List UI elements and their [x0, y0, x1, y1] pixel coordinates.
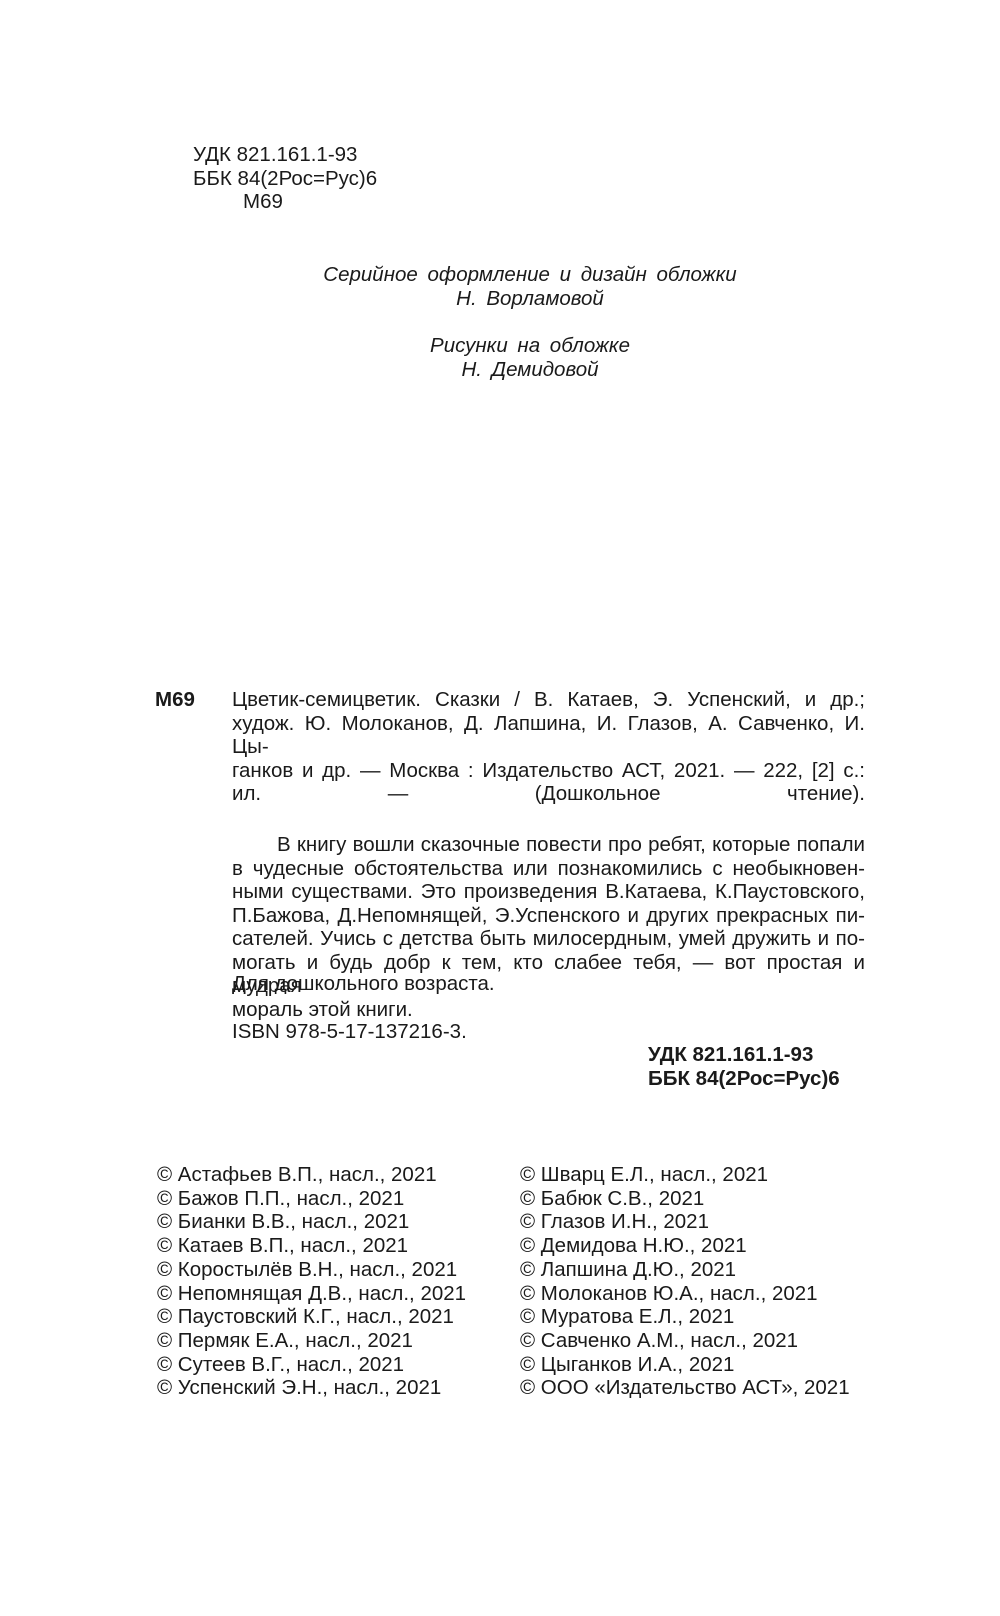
- copyrights-right-column: © Шварц Е.Л., насл., 2021 © Бабюк С.В., …: [520, 1163, 850, 1400]
- design-credit: Серийное оформление и дизайн обложки Н. …: [300, 263, 760, 310]
- illustration-credit: Рисунки на обложке Н. Демидовой: [300, 334, 760, 381]
- copyright-line: © Глазов И.Н., 2021: [520, 1210, 850, 1234]
- annotation-line: В книгу вошли сказочные повести про ребя…: [232, 833, 865, 857]
- copyright-line: © Бианки В.В., насл., 2021: [157, 1210, 466, 1234]
- copyright-line: © Астафьев В.П., насл., 2021: [157, 1163, 466, 1187]
- copyright-line: © Муратова Е.Л., 2021: [520, 1305, 850, 1329]
- classification-codes-top: УДК 821.161.1-93 ББК 84(2Рос=Рус)6 М69: [193, 143, 377, 214]
- copyrights-left-column: © Астафьев В.П., насл., 2021 © Бажов П.П…: [157, 1163, 466, 1400]
- credit-role: Рисунки на обложке: [300, 334, 760, 358]
- annotation-line: ными существами. Это произведения В.Ката…: [232, 880, 865, 904]
- annotation-line: в чудесные обстоятельства или познакомил…: [232, 857, 865, 881]
- age-rating: Для дошкольного возраста.: [232, 972, 495, 996]
- classification-codes-bottom: УДК 821.161.1-93 ББК 84(2Рос=Рус)6: [648, 1043, 840, 1090]
- copyright-line: © ООО «Издательство АСТ», 2021: [520, 1376, 850, 1400]
- copyright-line: © Демидова Н.Ю., 2021: [520, 1234, 850, 1258]
- copyright-line: © Катаев В.П., насл., 2021: [157, 1234, 466, 1258]
- udk-code: УДК 821.161.1-93: [648, 1043, 840, 1067]
- record-line: Цветик-семицветик. Сказки / В. Катаев, Э…: [232, 688, 865, 712]
- copyright-line: © Цыганков И.А., 2021: [520, 1353, 850, 1377]
- annotation-line: сателей. Учись с детства быть милосердны…: [232, 927, 865, 951]
- copyright-line: © Сутеев В.Г., насл., 2021: [157, 1353, 466, 1377]
- credit-role: Серийное оформление и дизайн обложки: [300, 263, 760, 287]
- bbk-code: ББК 84(2Рос=Рус)6: [193, 167, 377, 191]
- copyright-line: © Пермяк Е.А., насл., 2021: [157, 1329, 466, 1353]
- copyright-line: © Савченко А.М., насл., 2021: [520, 1329, 850, 1353]
- credit-name: Н. Ворламовой: [300, 287, 760, 311]
- copyright-line: © Бажов П.П., насл., 2021: [157, 1187, 466, 1211]
- record-text: Цветик-семицветик. Сказки / В. Катаев, Э…: [232, 688, 865, 806]
- copyright-line: © Коростылёв В.Н., насл., 2021: [157, 1258, 466, 1282]
- record-code: М69: [155, 688, 232, 806]
- copyright-line: © Молоканов Ю.А., насл., 2021: [520, 1282, 850, 1306]
- copyright-line: © Успенский Э.Н., насл., 2021: [157, 1376, 466, 1400]
- bbk-code: ББК 84(2Рос=Рус)6: [648, 1067, 840, 1091]
- bibliographic-record: М69 Цветик-семицветик. Сказки / В. Катае…: [155, 688, 865, 806]
- credit-name: Н. Демидовой: [300, 358, 760, 382]
- udk-code: УДК 821.161.1-93: [193, 143, 377, 167]
- annotation-line: П.Бажова, Д.Непомнящей, Э.Успенского и д…: [232, 904, 865, 928]
- author-mark: М69: [193, 190, 377, 214]
- copyright-line: © Непомнящая Д.В., насл., 2021: [157, 1282, 466, 1306]
- copyright-line: © Лапшина Д.Ю., 2021: [520, 1258, 850, 1282]
- copyright-line: © Бабюк С.В., 2021: [520, 1187, 850, 1211]
- record-line: ил. — (Дошкольное чтение).: [232, 782, 865, 806]
- record-line: ганков и др. — Москва : Издательство АСТ…: [232, 759, 865, 783]
- record-line: худож. Ю. Молоканов, Д. Лапшина, И. Глаз…: [232, 712, 865, 759]
- isbn: ISBN 978-5-17-137216-3.: [232, 1020, 467, 1044]
- annotation-line: мораль этой книги.: [232, 998, 865, 1022]
- copyright-line: © Шварц Е.Л., насл., 2021: [520, 1163, 850, 1187]
- copyright-line: © Паустовский К.Г., насл., 2021: [157, 1305, 466, 1329]
